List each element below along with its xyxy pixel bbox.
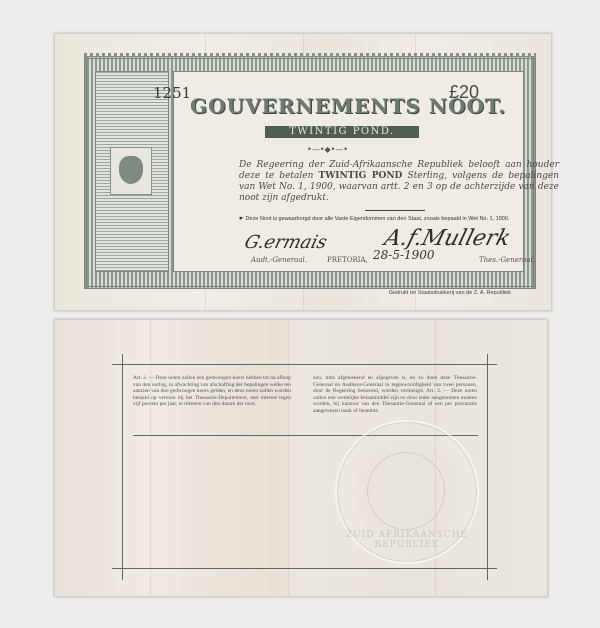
divider [365, 210, 425, 211]
signature-auditor: G.ermais [242, 232, 329, 253]
printer-imprint: Gedrukt ter Staatsdrukkerij van de Z. A.… [389, 290, 511, 296]
frame-left-rule [122, 354, 123, 580]
issue-date: 28-5-1900 [373, 248, 435, 262]
article-2-text: Art. 2. — Deze noten zullen een gedwonge… [133, 375, 291, 408]
article-3-text: zoo, mits afgeteekend en afgegeven is, e… [313, 375, 477, 415]
note-title: GOUVERNEMENTS NOOT. [55, 94, 551, 118]
coat-of-arms-icon [110, 147, 152, 195]
label-treasurer: Thes.-Generaal. [479, 256, 535, 264]
guarantee-note: ☛ Deze Noot is gewaarborgd door alle Vas… [239, 216, 569, 222]
note-subtitle: TWINTIG POND. [265, 126, 419, 138]
fold-line [288, 320, 289, 596]
frame-bottom-rule [112, 568, 497, 569]
label-auditor: Audt.-Generaal. [251, 256, 307, 264]
frame-top-rule [112, 364, 497, 365]
banknote-front: 1251 £20 GOUVERNEMENTS NOOT. TWINTIG PON… [54, 33, 552, 311]
frame-right-rule [487, 354, 488, 580]
fold-line [150, 320, 151, 596]
label-place: PRETORIA, [327, 256, 368, 264]
ornament-divider: •—•◆•—• [307, 145, 348, 154]
promise-text: De Regeering der Zuid-Afrikaansche Repub… [239, 160, 559, 204]
embossed-seal-icon: ZUID AFRIKAANSCHE REPUBLIEK [335, 420, 479, 564]
banknote-back: Art. 2. — Deze noten zullen een gedwonge… [54, 319, 548, 597]
